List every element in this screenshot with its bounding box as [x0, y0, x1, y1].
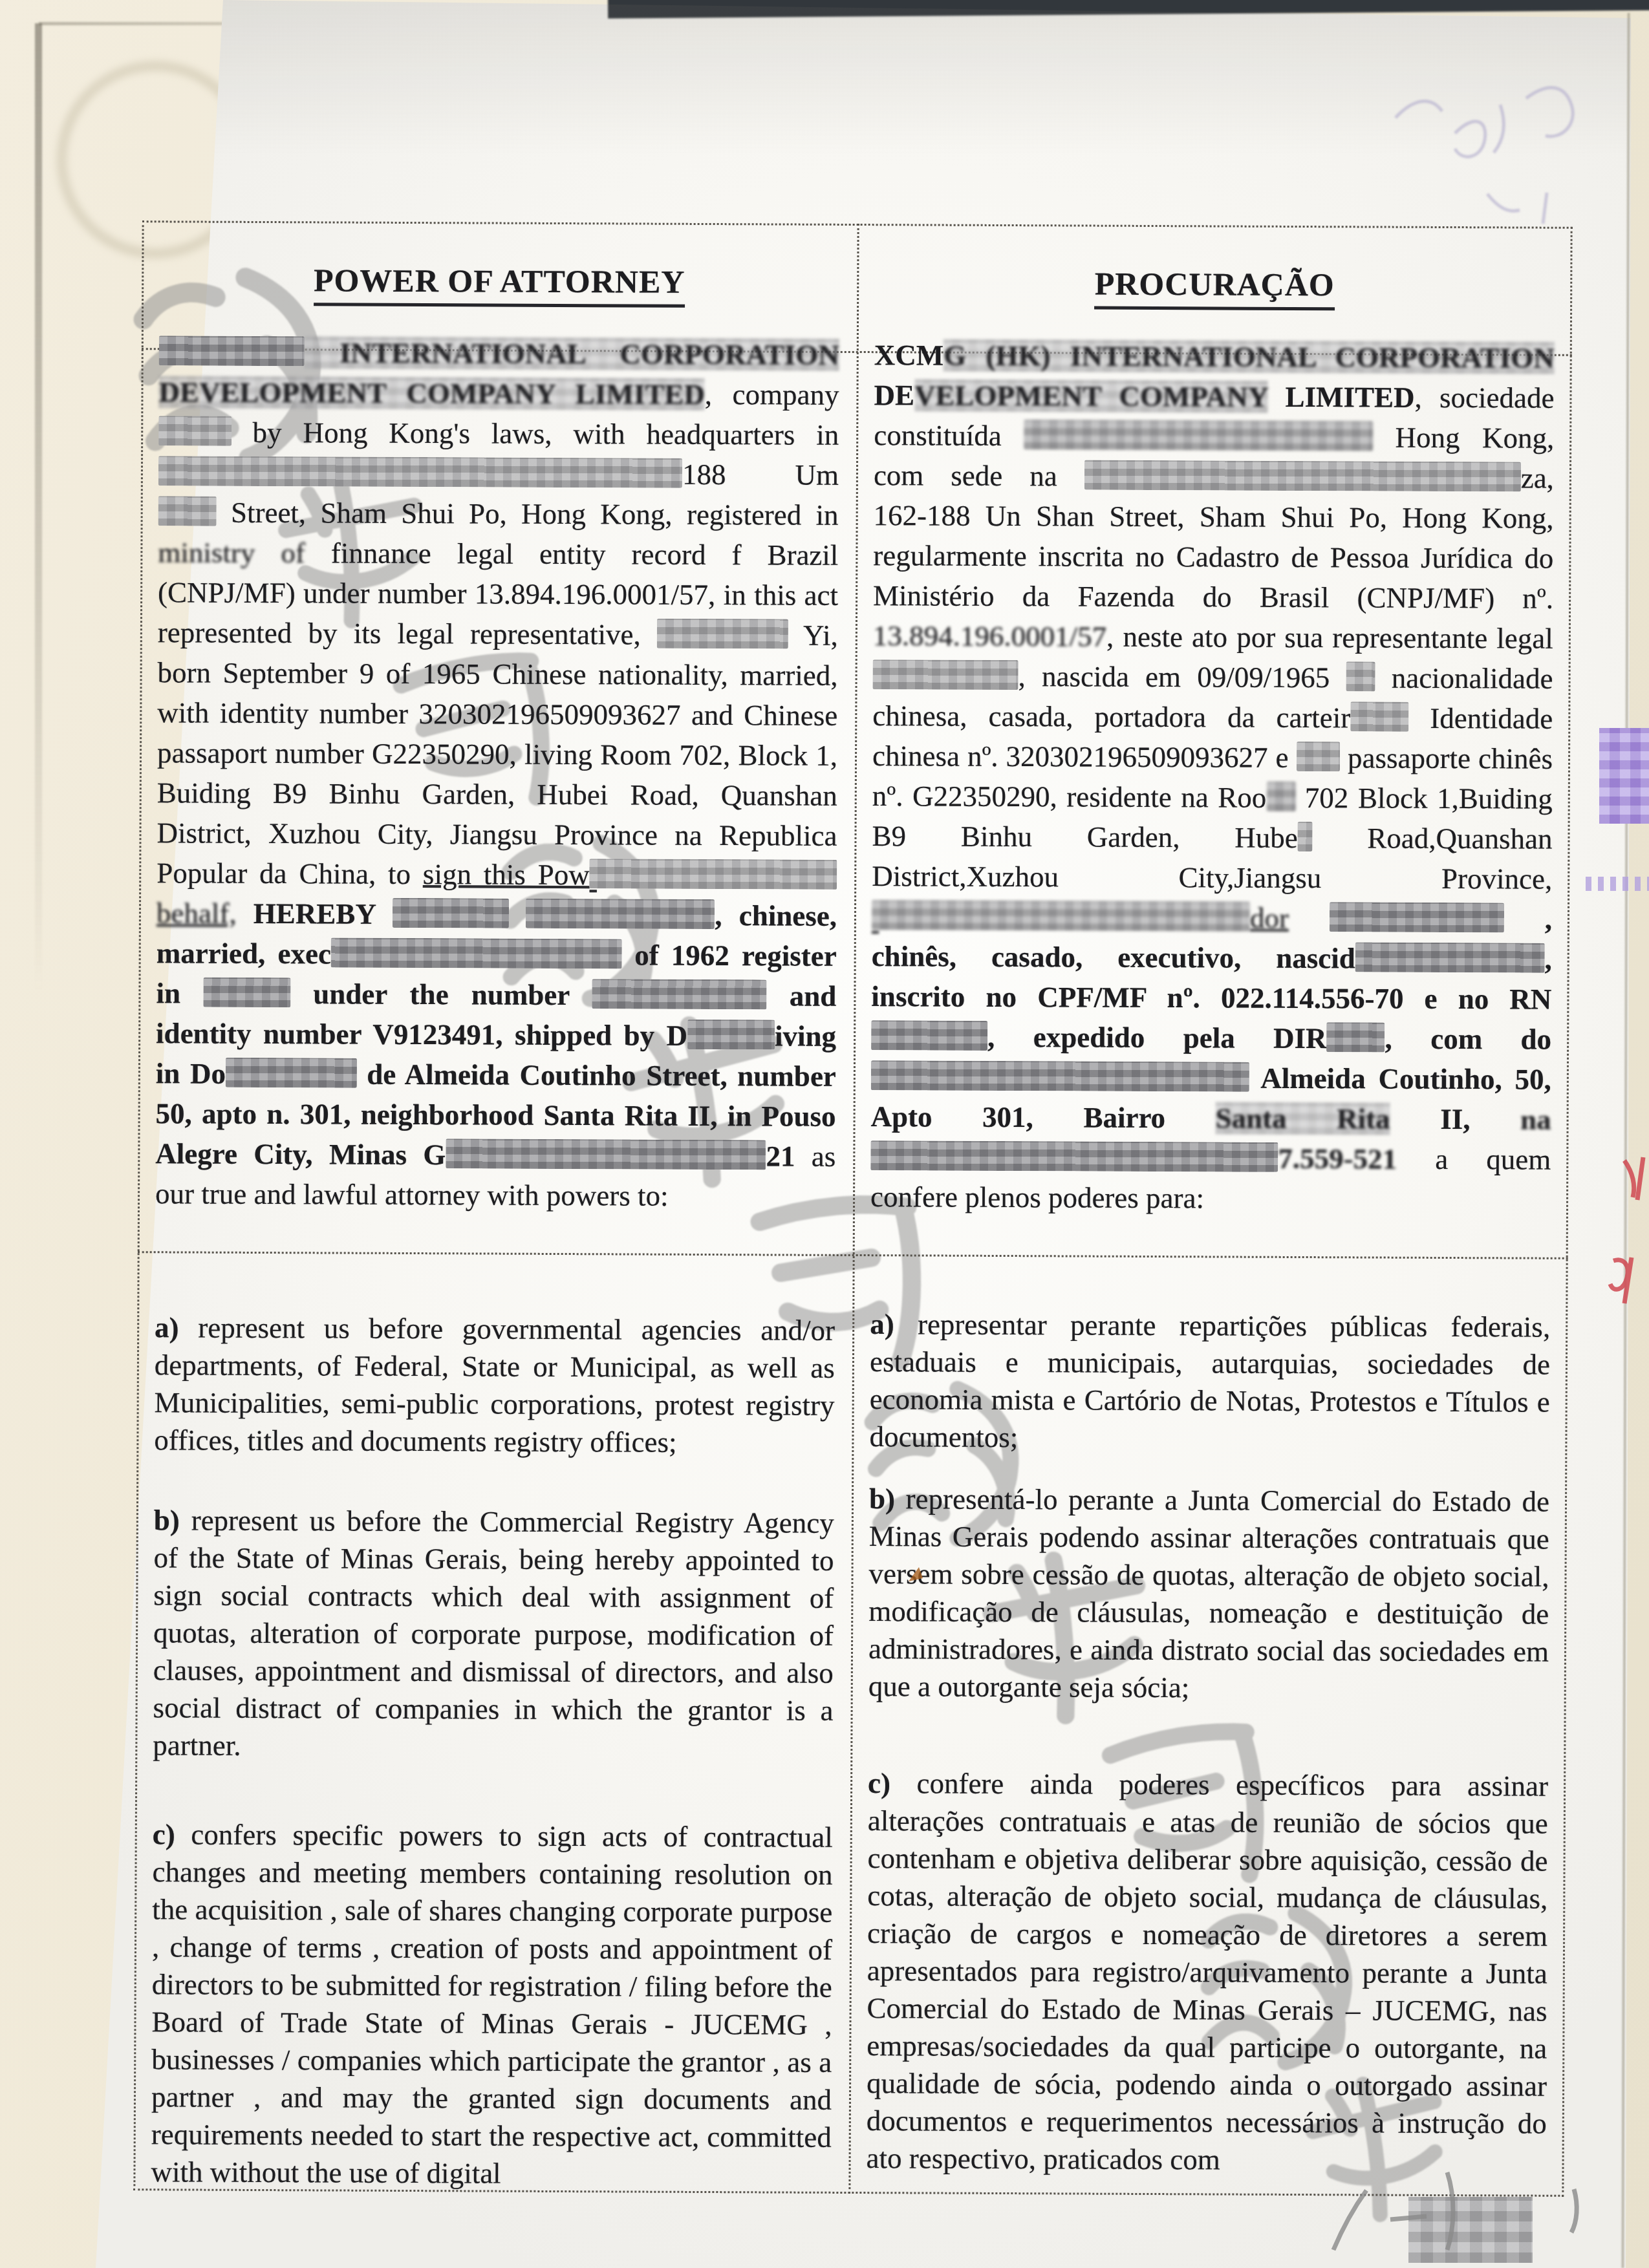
- redacted-text: [687, 1020, 775, 1049]
- text-segment: , company: [705, 378, 839, 411]
- text-segment: under the number: [290, 978, 592, 1011]
- redacted-text: [226, 1058, 357, 1088]
- text-segment: Yi, born September 9 of 1965 Chinese nat…: [156, 619, 838, 891]
- text-segment: a): [870, 1308, 894, 1340]
- text-segment: a): [155, 1311, 179, 1343]
- redacted-text: [203, 978, 290, 1007]
- redacted-text: [870, 1140, 1278, 1172]
- text-segment: dor: [1250, 902, 1289, 934]
- blurred-signature-mark: [1408, 2197, 1533, 2263]
- redacted-text: [158, 456, 682, 488]
- text-segment: , nascida em 09/09/1965: [1018, 660, 1346, 694]
- clause-item: b) represent us before the Commercial Re…: [153, 1501, 834, 1767]
- text-segment: [1289, 902, 1330, 934]
- text-segment: HEREBY: [253, 897, 393, 930]
- redacted-text: [526, 899, 715, 929]
- redacted-text: [158, 416, 232, 446]
- text-segment: c): [868, 1767, 890, 1799]
- text-segment: [508, 899, 525, 931]
- text-segment: , expedido pela DIR: [987, 1021, 1327, 1054]
- clause-item: a) represent us before governmental agen…: [154, 1309, 835, 1462]
- text-segment: XCM: [874, 339, 944, 371]
- redacted-text: [158, 497, 217, 526]
- text-segment: 188 Um: [682, 458, 839, 491]
- left-column-title: POWER OF ATTORNEY: [159, 261, 839, 301]
- text-segment: DE: [874, 379, 914, 411]
- text-segment: Santa Rita: [1216, 1102, 1390, 1135]
- text-segment: confere ainda poderes específicos para a…: [866, 1767, 1548, 2176]
- text-segment: by Hong Kong's laws, with headquarters i…: [232, 416, 839, 451]
- text-segment: , com do: [1385, 1023, 1552, 1056]
- text-segment: na: [1520, 1104, 1551, 1136]
- clause-item: b) representá-lo perante a Junta Comerci…: [868, 1480, 1550, 1708]
- backing-sheet-edge: [35, 23, 42, 993]
- text-segment: b): [869, 1482, 895, 1515]
- redacted-text: [1266, 782, 1295, 811]
- text-segment: represent us before governmental agencie…: [154, 1311, 835, 1458]
- redacted-text: [592, 979, 767, 1010]
- text-segment: II,: [1390, 1103, 1521, 1136]
- text-segment: represent us before the Commercial Regis…: [153, 1504, 834, 1761]
- text-segment: confers specific powers to sign acts of …: [151, 1818, 832, 2189]
- redacted-text: [871, 1060, 1249, 1091]
- clause-item: a) representar perante repartições públi…: [869, 1305, 1550, 1459]
- text-segment: ministry of: [158, 536, 305, 569]
- redacted-text: [446, 1139, 766, 1170]
- text-segment: G (HK) INTERNATIONAL CORPORATION: [943, 339, 1555, 374]
- redacted-text: [871, 1020, 987, 1051]
- clauses-english: a) represent us before governmental agen…: [133, 1217, 853, 2194]
- poa-intro-english: INTERNATIONAL CORPORATION DEVELOPMENT CO…: [155, 332, 839, 1217]
- redacted-text: [331, 938, 622, 969]
- text-segment: representar perante repartições públicas…: [869, 1308, 1550, 1453]
- text-segment: , neste ato por sua representante legal: [1106, 621, 1553, 655]
- poa-table: POWER OF ATTORNEY PROCURAÇÃO INTERNATION…: [133, 220, 1572, 2197]
- text-segment: VELOPMENT COMPANY: [914, 379, 1268, 412]
- clause-item: c) confere ainda poderes específicos par…: [866, 1764, 1548, 2180]
- text-segment: 7.559-521: [1278, 1142, 1397, 1175]
- purple-dotted-mark: [1586, 877, 1649, 891]
- clauses-row: a) represent us before governmental agen…: [133, 1217, 1568, 2197]
- text-segment: c): [153, 1818, 175, 1850]
- redacted-text: [1084, 460, 1521, 492]
- text-segment: b): [154, 1504, 180, 1536]
- right-column-title: PROCURAÇÃO: [874, 264, 1555, 305]
- redacted-text: [159, 336, 305, 367]
- text-segment: behalf,: [156, 897, 237, 930]
- redacted-text: [872, 900, 1250, 931]
- redacted-text: [1298, 822, 1313, 851]
- clauses-portuguese: a) representar perante repartições públi…: [848, 1220, 1568, 2197]
- redacted-text: [590, 859, 837, 890]
- text-segment: LIMITED: [1267, 381, 1414, 414]
- text-segment: Street, Sham Shui Po, Hong Kong, registe…: [217, 497, 839, 531]
- text-segment: 21: [766, 1140, 795, 1172]
- text-segment: sign this Pow: [423, 858, 590, 891]
- redacted-text: [1024, 420, 1373, 451]
- clause-item: c) confers specific powers to sign acts …: [151, 1815, 833, 2194]
- text-segment: 13.894.196.0001/57: [873, 619, 1106, 653]
- redacted-text: [1346, 662, 1375, 692]
- redacted-text: [392, 898, 508, 928]
- text-segment: [237, 897, 253, 930]
- redacted-text: [1297, 742, 1341, 771]
- text-segment: representá-lo perante a Junta Comercial …: [868, 1482, 1549, 1704]
- redacted-text: [657, 619, 788, 649]
- poa-intro-portuguese: XCMG (HK) INTERNATIONAL CORPORATION DEVE…: [870, 335, 1555, 1220]
- redacted-text: [1327, 1022, 1385, 1052]
- redacted-text: [1330, 903, 1504, 933]
- purple-redaction-patch: [1599, 728, 1649, 824]
- redacted-text: [1355, 943, 1545, 973]
- scanned-document: POWER OF ATTORNEY PROCURAÇÃO INTERNATION…: [0, 0, 1649, 2268]
- redacted-text: [1350, 702, 1408, 732]
- text-segment: Bairro: [1083, 1102, 1215, 1135]
- intro-row: INTERNATIONAL CORPORATION DEVELOPMENT CO…: [138, 314, 1572, 1223]
- header-row: POWER OF ATTORNEY PROCURAÇÃO: [142, 220, 1573, 320]
- redacted-text: [873, 659, 1018, 690]
